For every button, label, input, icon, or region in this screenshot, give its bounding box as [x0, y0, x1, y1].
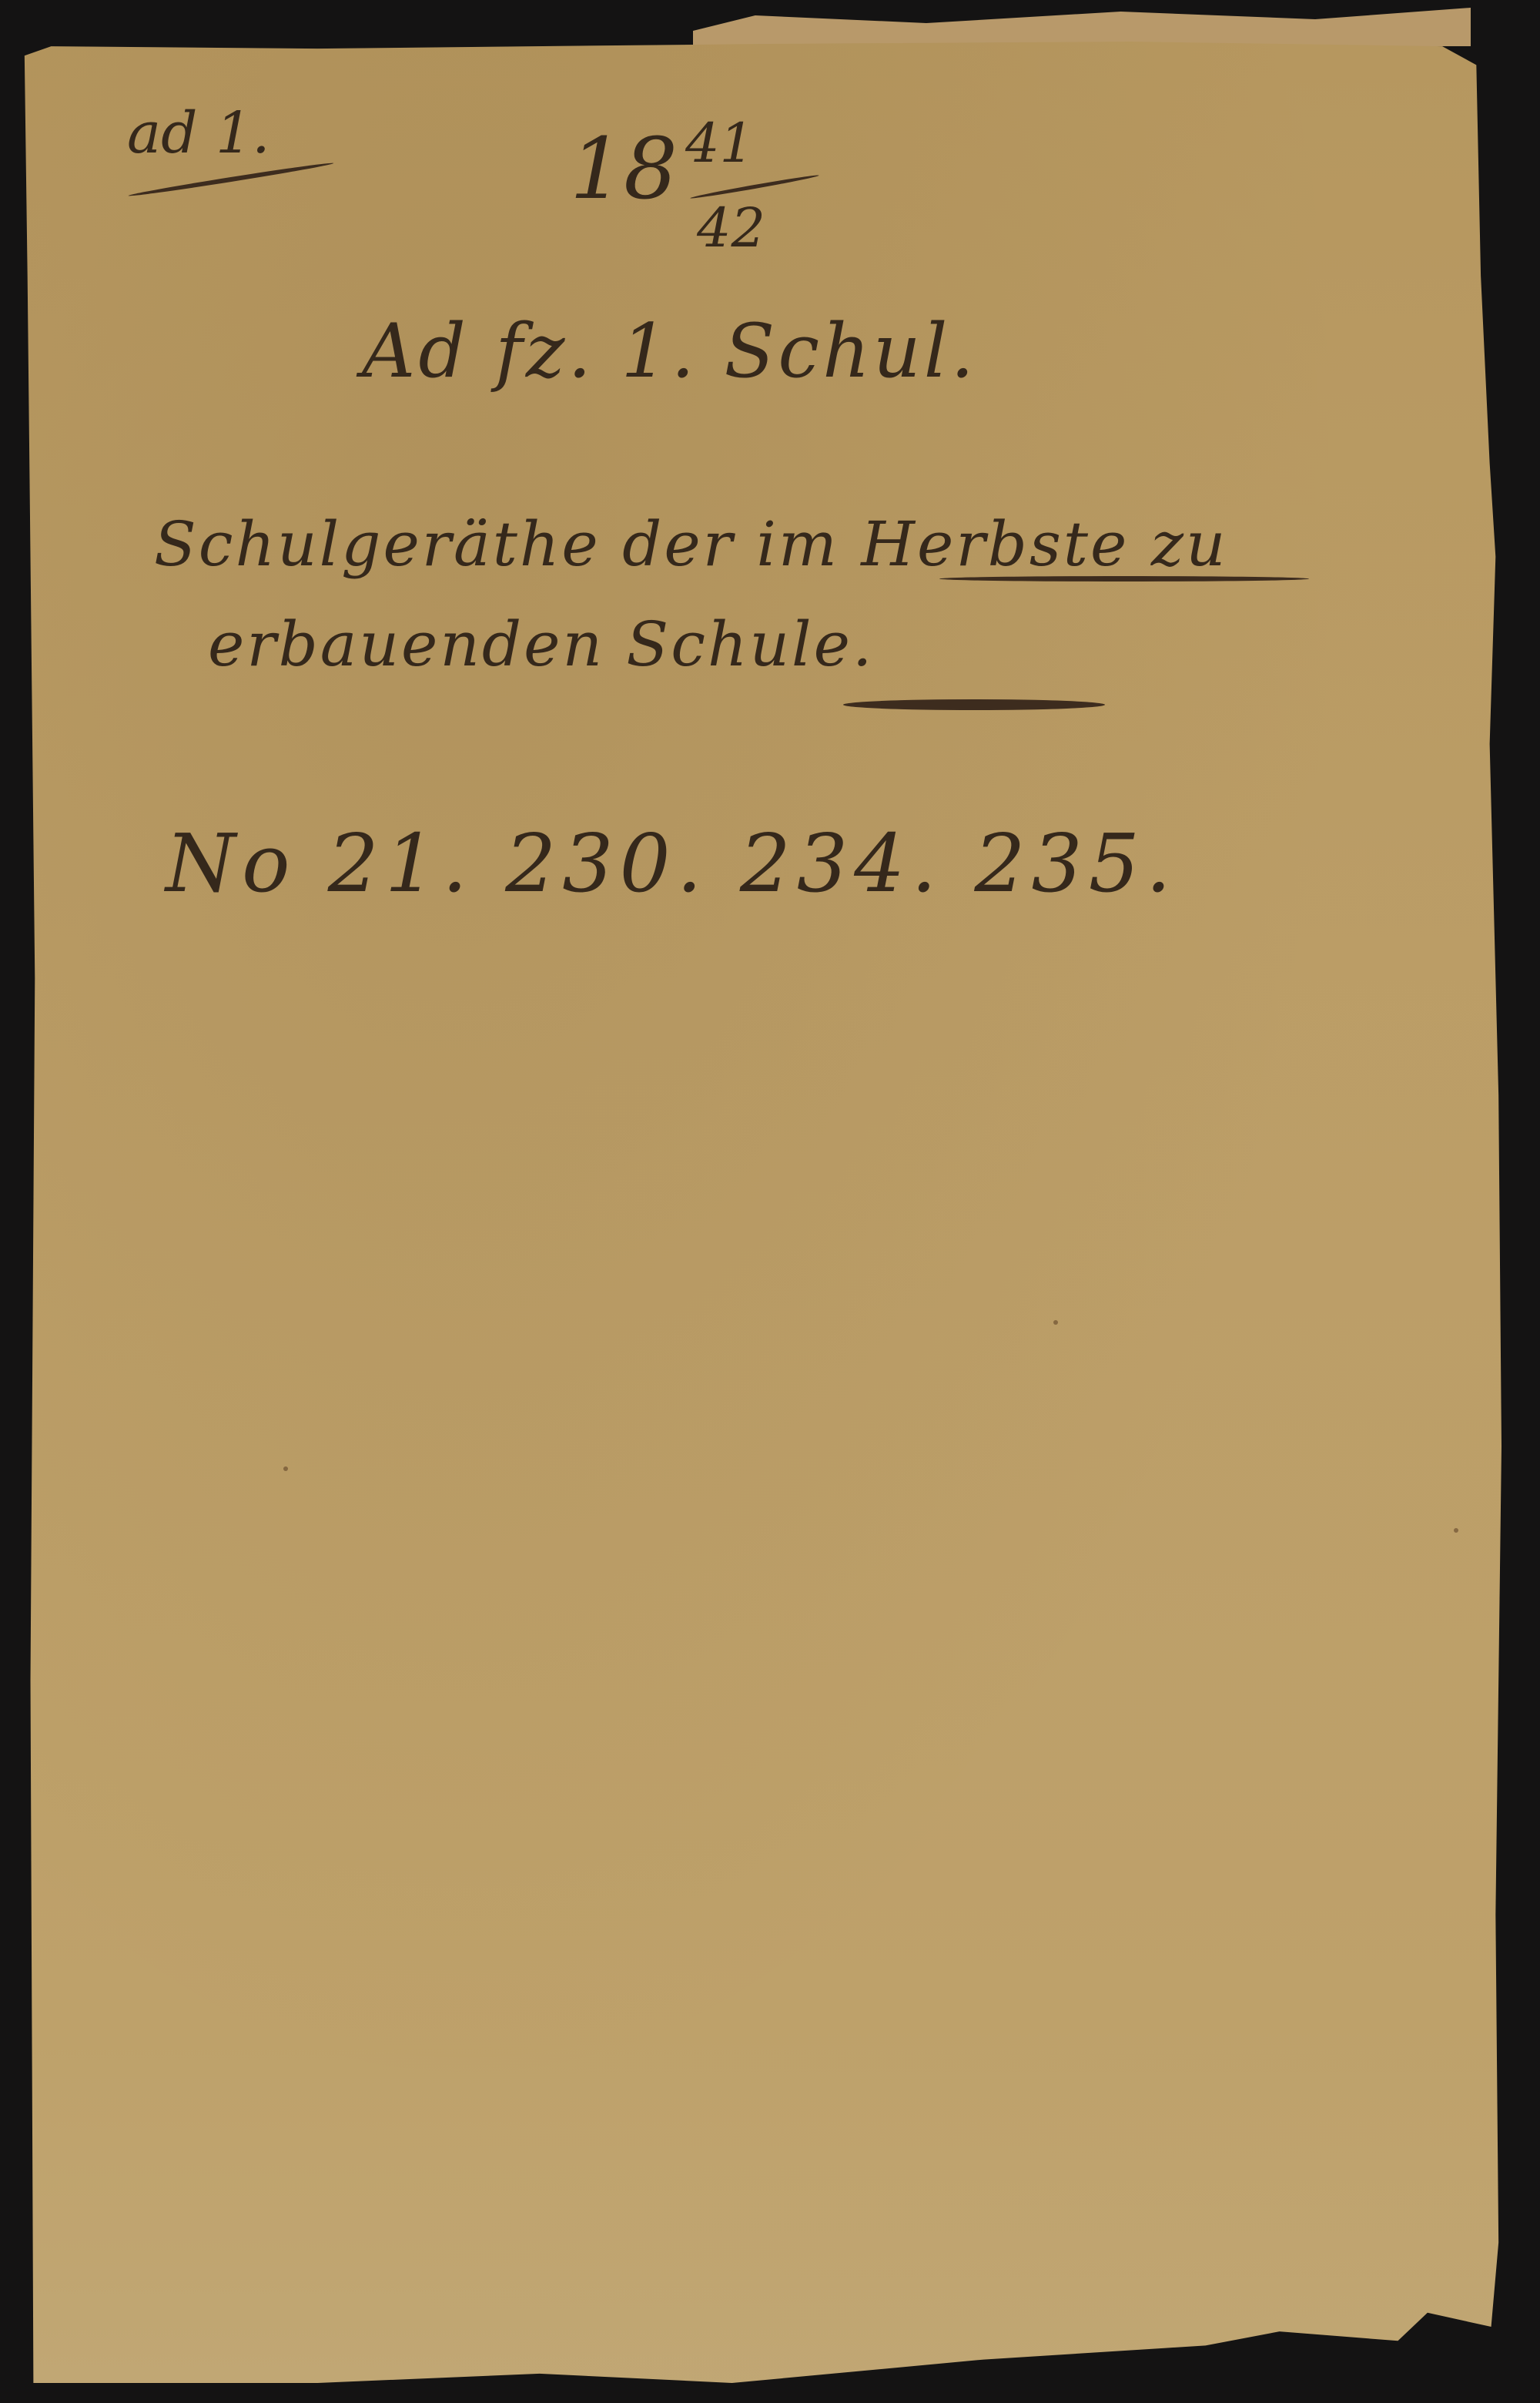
year-prefix: 18	[570, 119, 678, 218]
document-numbers: No 21. 230. 234. 235.	[166, 816, 1177, 910]
year-denominator: 42	[697, 196, 765, 260]
underline-schule	[843, 699, 1105, 710]
reference-mark: ad 1.	[127, 100, 270, 166]
description-line-1: Schulgeräthe der im Herbste zu	[154, 508, 1228, 580]
ink-speck	[1053, 1320, 1058, 1325]
ink-speck	[1454, 1528, 1458, 1533]
underline-herbste	[939, 576, 1309, 581]
numbers-label: No	[166, 816, 328, 910]
year-numerator: 41	[685, 112, 754, 175]
description-line-2: erbauenden Schule.	[208, 608, 874, 680]
ink-speck	[283, 1466, 288, 1471]
subject-heading: Ad fz. 1. Schul.	[362, 308, 977, 394]
numbers-list: 21. 230. 234. 235.	[328, 816, 1177, 910]
paper-fold-edge	[693, 8, 1471, 46]
